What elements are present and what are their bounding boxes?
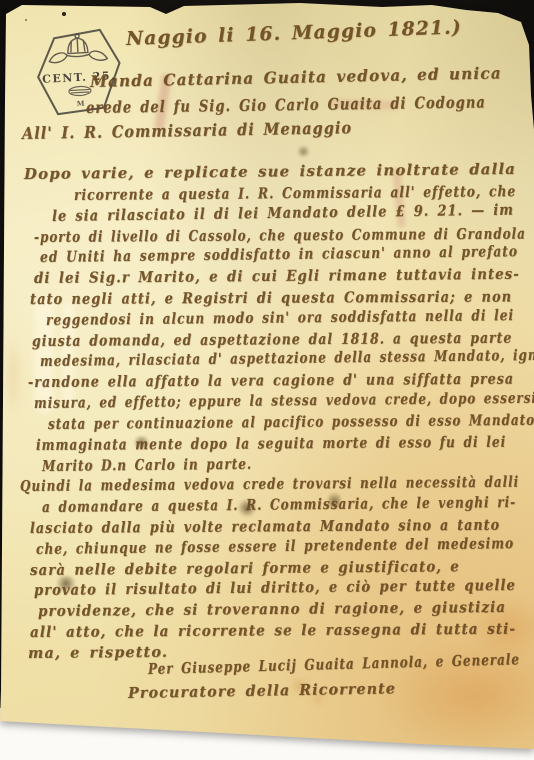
manuscript-line: ed Uniti ha sempre soddisfatto in ciascu… [40, 242, 518, 266]
manuscript-line: immaginata mente dopo la seguita morte d… [36, 433, 506, 454]
manuscript-line: le sia rilasciato il di lei Mandato dell… [52, 201, 514, 225]
manuscript-line: Per Giuseppe Lucij Guaita Lannola, e Gen… [148, 650, 520, 678]
manuscript-line: Procuratore della Ricorrente [128, 679, 396, 702]
paper-sheet: CENT. 25. M Naggio li 16. Maggio 1821.)M… [0, 0, 534, 760]
manuscript-line: Naggio li 16. Maggio 1821.) [126, 16, 462, 50]
manuscript-line: medesima, rilasciata d' aspettazione del… [40, 346, 534, 370]
manuscript-line: sarà nelle debite regolari forme e giust… [30, 557, 460, 579]
manuscript-line: All' I. R. Commissaria di Menaggio [22, 118, 352, 143]
manuscript-line: lasciato dalla più volte reclamata Manda… [30, 516, 500, 537]
manuscript-line: Quindi la medesima vedova crede trovarsi… [20, 473, 519, 495]
manuscript-line: -randone ella affatto la vera cagione d'… [28, 370, 514, 391]
manuscript-line: tato negli atti, e Registri di questa Co… [30, 287, 512, 308]
manuscript-line: stata per continuazione al pacifico poss… [48, 411, 534, 433]
manuscript-line: a domandare a questa I. R. Commissaria, … [42, 493, 516, 516]
manuscript-line: che, chiunque ne fosse essere il pretend… [36, 534, 514, 558]
manuscript-line: all' atto, che la ricorrente se le rasse… [30, 620, 516, 641]
manuscript-line: Manda Cattarina Guaita vedova, ed unica [90, 63, 502, 91]
manuscript-lines: Naggio li 16. Maggio 1821.)Manda Cattari… [0, 0, 534, 760]
manuscript-line: providenze, che si troveranno di ragione… [38, 598, 506, 620]
scanned-document: { "document": { "header_lines": [ "Naggi… [0, 0, 534, 760]
manuscript-line: di lei Sig.r Marito, e di cui Egli riman… [34, 265, 520, 287]
manuscript-line: Marito D.n Carlo in parte. [42, 455, 252, 475]
manuscript-line: reggendosi in alcun modo sin' ora soddis… [46, 306, 514, 329]
manuscript-line: erede del fu Sig. Gio Carlo Guaita di Co… [86, 92, 486, 117]
manuscript-line: provato il risultato di lui diritto, e c… [34, 576, 516, 599]
manuscript-line: Dopo varie, e replicate sue istanze inol… [24, 160, 516, 183]
manuscript-line: misura, ed effetto; eppure la stessa ved… [34, 389, 534, 412]
